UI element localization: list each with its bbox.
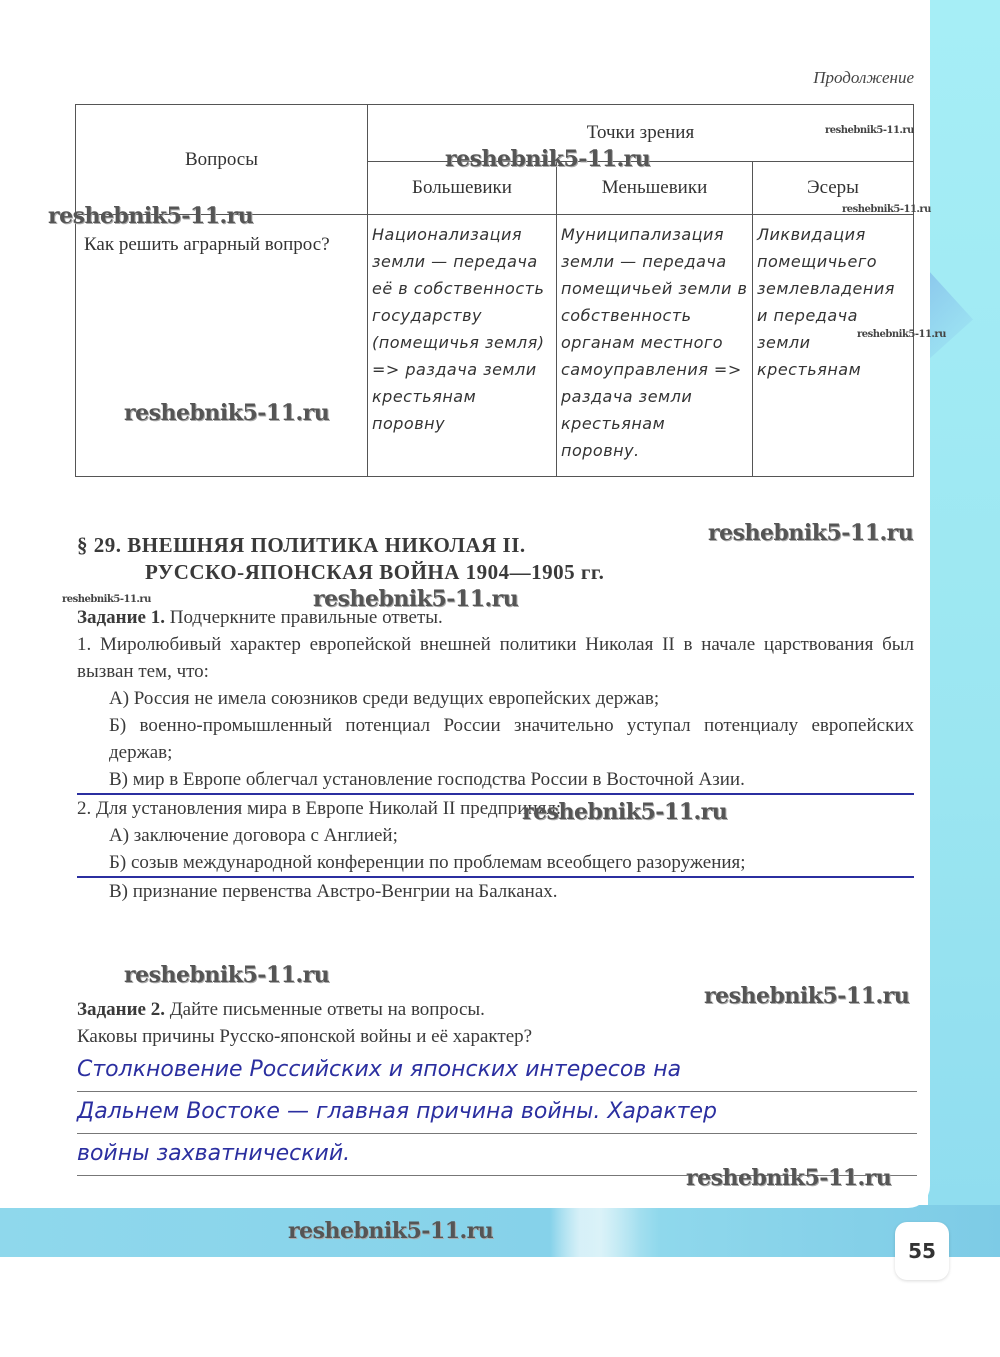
section-title: § 29. ВНЕШНЯЯ ПОЛИТИКА НИКОЛАЯ II. РУССК… <box>77 532 604 586</box>
section-number: § 29. <box>77 533 122 557</box>
q2-option-b[interactable]: Б) созыв международной конференции по пр… <box>77 849 914 878</box>
section-title-line2: РУССКО-ЯПОНСКАЯ ВОЙНА 1904—1905 гг. <box>77 559 604 586</box>
watermark: reshebnik5-11.ru <box>445 146 650 172</box>
q1-option-a[interactable]: А) Россия не имела союзников среди ведущ… <box>77 685 914 712</box>
section-title-line1: ВНЕШНЯЯ ПОЛИТИКА НИКОЛАЯ II. <box>127 533 525 557</box>
watermark: reshebnik5-11.ru <box>522 799 727 825</box>
watermark: reshebnik5-11.ru <box>704 983 909 1009</box>
header-questions: Вопросы <box>76 105 368 215</box>
q1-option-b[interactable]: Б) военно-промышленный потенциал России … <box>77 712 914 766</box>
watermark: reshebnik5-11.ru <box>686 1165 891 1191</box>
watermark: reshebnik5-11.ru <box>708 520 913 546</box>
task2-label: Задание 2. <box>77 999 165 1020</box>
watermark: reshebnik5-11.ru <box>124 400 329 426</box>
answer-esers: Ликвидация помещичьего землевладения и п… <box>753 215 914 477</box>
task1-label: Задание 1. <box>77 607 165 628</box>
watermark: reshebnik5-11.ru <box>288 1218 493 1244</box>
watermark: reshebnik5-11.ru <box>857 329 946 340</box>
task1-question-1: 1. Миролюбивый характер европейской внеш… <box>77 631 914 685</box>
q2-option-a[interactable]: А) заключение договора с Англией; <box>77 822 914 849</box>
q2-option-c[interactable]: В) признание первенства Австро-Венгрии н… <box>77 878 914 905</box>
watermark: reshebnik5-11.ru <box>48 203 253 229</box>
task2-question: Каковы причины Русско-японской войны и е… <box>77 1023 914 1050</box>
watermark: reshebnik5-11.ru <box>62 594 151 605</box>
watermark: reshebnik5-11.ru <box>313 586 518 612</box>
watermark: reshebnik5-11.ru <box>825 125 914 136</box>
side-decor-strip <box>928 0 1000 1250</box>
page-number: 55 <box>895 1222 949 1280</box>
q1-option-c[interactable]: В) мир в Европе облегчал установление го… <box>77 766 914 795</box>
continuation-label: Продолжение <box>813 68 914 88</box>
answer-line-1[interactable]: Столкновение Российских и японских интер… <box>77 1050 917 1092</box>
task1-question-2: 2. Для установления мира в Европе Никола… <box>77 795 914 822</box>
task1: Задание 1. Подчеркните правильные ответы… <box>77 604 914 905</box>
answer-mensheviks: Муниципализация земли — передача помещич… <box>557 215 753 477</box>
watermark: reshebnik5-11.ru <box>124 962 329 988</box>
task2-instruction: Дайте письменные ответы на вопросы. <box>170 999 485 1020</box>
footer-band-highlight <box>0 1205 1000 1260</box>
answer-bolsheviks: Национализация земли — передача её в соб… <box>368 215 557 477</box>
table-row: Как решить аграрный вопрос? Национализац… <box>76 215 914 477</box>
watermark: reshebnik5-11.ru <box>842 204 931 215</box>
task2-answer-lines: Столкновение Российских и японских интер… <box>77 1050 917 1176</box>
answer-line-2[interactable]: Дальнем Востоке — главная причина войны.… <box>77 1092 917 1134</box>
question-cell: Как решить аграрный вопрос? <box>76 215 368 477</box>
